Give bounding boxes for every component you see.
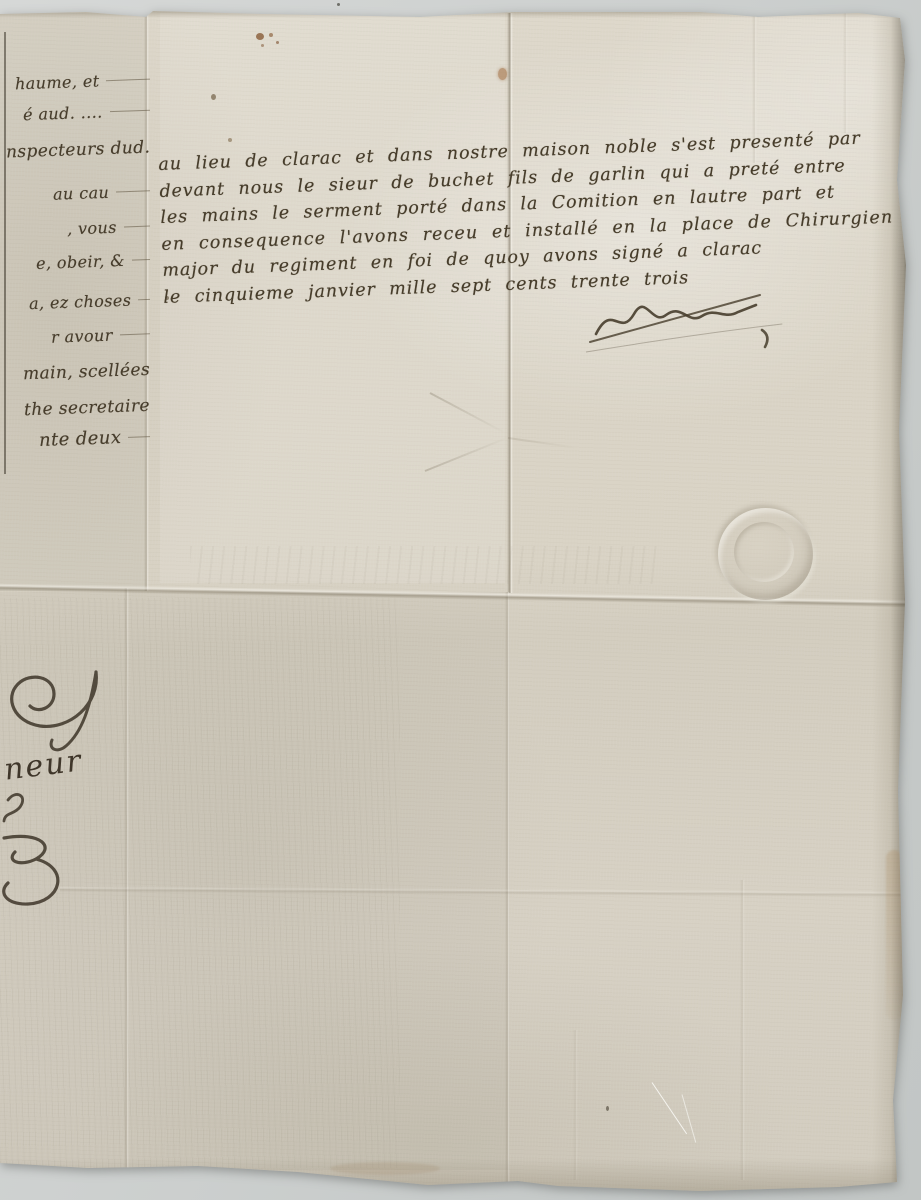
signature-scrawl (586, 286, 801, 364)
signature-comma-flourish (762, 330, 767, 347)
ink-spatter-dot (276, 41, 279, 44)
spiral-tail (51, 672, 96, 750)
fold-crease-near-right-edge (843, 13, 848, 133)
ink-fleck (228, 138, 232, 142)
signature-cross-stroke (590, 295, 760, 342)
ruled-dash (138, 299, 150, 300)
left-fold-edge-shadow (4, 32, 6, 474)
fold-crease-lower-right-faint (740, 880, 745, 1180)
manuscript-text-block: au lieu de clarac et dans nostre maison … (158, 124, 915, 311)
ruled-dash (106, 79, 150, 82)
double-loop-flourish (4, 836, 58, 904)
squiggle-flourish (4, 794, 23, 821)
fragment-line: r avour (51, 324, 150, 346)
ink-fleck (606, 1106, 609, 1111)
ruled-dash (110, 110, 150, 112)
fragment-line: e, obeir, & (36, 250, 150, 273)
ruled-dash (124, 226, 150, 228)
signature-underline-hairline (586, 324, 782, 352)
paper-top-edge-shading (0, 11, 921, 18)
wrinkle-band-above-fold (190, 546, 660, 584)
ink-spatter-dot (269, 33, 273, 37)
rust-foxing-spot (498, 68, 507, 80)
ink-spatter-dot (261, 44, 264, 47)
signature-strokes (596, 305, 756, 334)
fragment-line: au cau (53, 181, 151, 203)
bottom-edge-smudge (330, 1162, 440, 1175)
blind-embossed-seal (718, 508, 813, 600)
calligraphic-flourish-group (0, 662, 160, 922)
fold-crease-vertical-center-top (507, 13, 513, 593)
paper-shadow-wrap: haume, et é aud. .... nspecteurs dud. au… (0, 0, 921, 1200)
photo-stage: haume, et é aud. .... nspecteurs dud. au… (0, 0, 921, 1200)
edge-fleck (901, 1120, 905, 1125)
fragment-line: nte deux (38, 426, 150, 451)
ruled-dash (116, 190, 150, 192)
ruled-dash (132, 259, 150, 261)
ruled-dash (120, 333, 150, 335)
ink-fleck (211, 94, 216, 100)
document-paper: haume, et é aud. .... nspecteurs dud. au… (0, 0, 921, 1200)
paper-bottom-edge-shading (0, 1158, 921, 1192)
fragment-line: , vous (67, 217, 150, 239)
ruled-dash (128, 436, 150, 438)
ink-spatter-dot (256, 33, 264, 40)
right-edge-tan-streak (886, 850, 902, 1020)
